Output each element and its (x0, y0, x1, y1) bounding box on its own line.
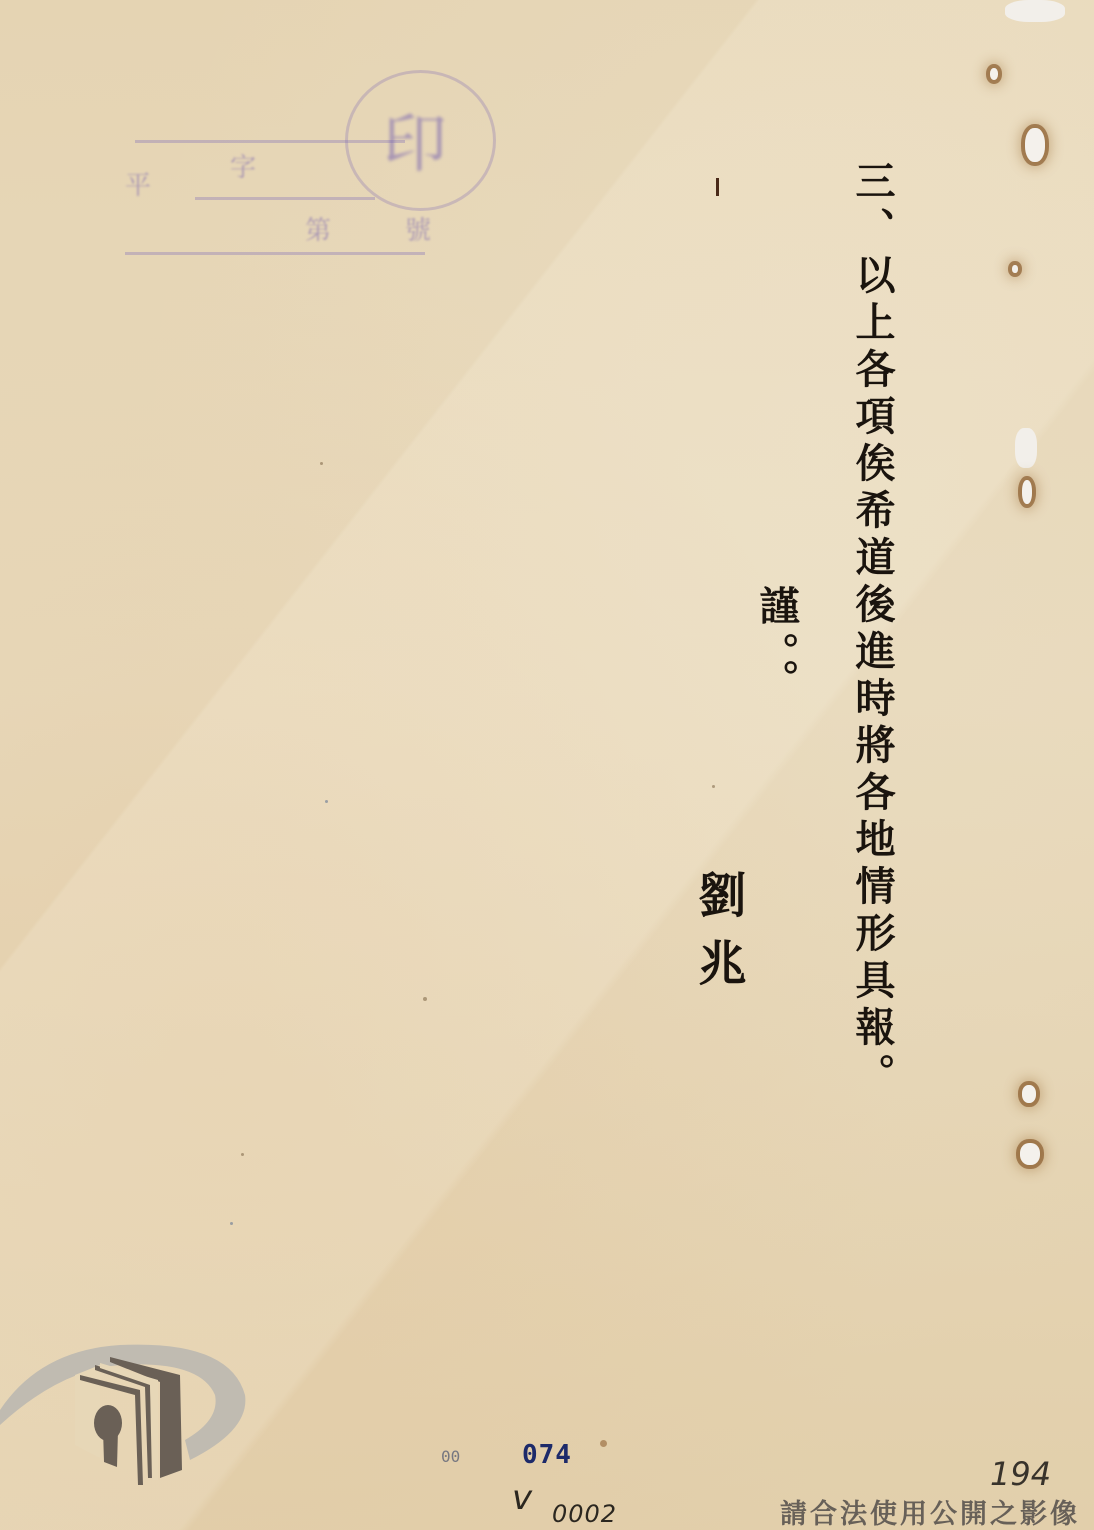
archive-number-prefix: 00 (441, 1447, 460, 1466)
binding-hole (990, 68, 998, 80)
archive-stamped-number: 074 (522, 1440, 572, 1470)
seal-char: 印 (383, 93, 447, 185)
binding-hole (1012, 265, 1018, 273)
binding-hole (1022, 480, 1032, 504)
paper-speck (230, 1222, 233, 1225)
stamp-char: 字 (230, 147, 256, 184)
stamp-char: 第 (305, 210, 331, 247)
letter-closing: 謹。。 (752, 585, 800, 706)
signature: 劉兆 (690, 870, 746, 1006)
paper-speck (325, 800, 328, 803)
stamp-char: 號 (405, 210, 431, 247)
archive-sequence-number: 0002 (552, 1500, 617, 1528)
paper-speck (320, 462, 323, 465)
page-number: 194 (990, 1455, 1051, 1493)
paper-speck (712, 785, 715, 788)
legal-use-watermark: 請合法使用公開之影像 (780, 1492, 1080, 1530)
archives-book-keyhole-logo (0, 1330, 260, 1500)
stamp-line (195, 197, 375, 200)
archive-handwritten-v: v (512, 1478, 532, 1518)
torn-edge (1005, 0, 1065, 22)
binding-hole (1022, 1085, 1036, 1103)
paper-speck (241, 1153, 244, 1156)
binding-hole (1020, 1143, 1040, 1165)
letter-main-text: 三、以上各項俟希道後進時將各地情形具報。 (848, 160, 896, 1100)
paper-speck (600, 1440, 607, 1447)
ink-tick-mark (716, 178, 719, 196)
paper-speck (423, 997, 427, 1001)
round-seal-stamp: 印 (345, 70, 496, 211)
binding-hole (1025, 128, 1045, 162)
stamp-char: 平 (125, 165, 151, 202)
binding-tear (1015, 428, 1037, 468)
stamp-line (125, 252, 425, 255)
